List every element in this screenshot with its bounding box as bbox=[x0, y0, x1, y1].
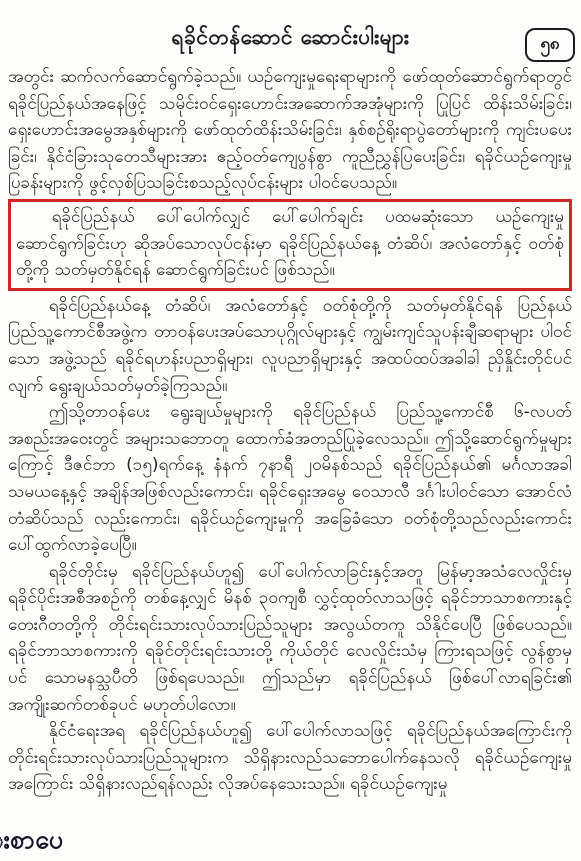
highlighted-paragraph: ရခိုင်ပြည်နယ် ပေါ်ပေါက်လျှင် ပေါ်ပေါက်ချ… bbox=[16, 204, 564, 284]
paragraph: ရခိုင်တိုင်းမှ ရခိုင်ပြည်နယ်ဟူ၍ ပေါ်ပေါက… bbox=[8, 559, 572, 719]
paragraph: နိုင်ငံရေးအရ ရခိုင်ပြည်နယ်ဟူ၍ ပေါ်ပေါက်လ… bbox=[8, 718, 572, 798]
page-title: ရခိုင်တန်ဆောင် ဆောင်းပါးများ bbox=[0, 24, 581, 55]
paragraph: ဤသို့တာဝန်ပေး ရွေးချယ်မှုများကို ရခိုင်ပ… bbox=[8, 399, 572, 559]
page-header: ရခိုင်တန်ဆောင် ဆောင်းပါးများ ၅၈ bbox=[0, 0, 581, 62]
red-highlight-box: ရခိုင်ပြည်နယ် ပေါ်ပေါက်လျှင် ပေါ်ပေါက်ချ… bbox=[8, 199, 572, 291]
paragraph-continuation: အတွင်း ဆက်လက်ဆောင်ရွက်ခဲ့သည်။ ယဉ်ကျေးမှု… bbox=[8, 64, 572, 197]
book-page: ရခိုင်တန်ဆောင် ဆောင်းပါးများ ၅၈ အတွင်း ဆ… bbox=[0, 0, 581, 861]
paragraph: ရခိုင်ပြည်နယ်နေ့ တံဆိပ်၊ အလံတော်နှင့် ဝတ… bbox=[8, 293, 572, 399]
body-text: အတွင်း ဆက်လက်ဆောင်ရွက်ခဲ့သည်။ ယဉ်ကျေးမှု… bbox=[0, 62, 581, 798]
page-number-badge: ၅၈ bbox=[525, 28, 575, 62]
publisher-watermark: းစာပေ bbox=[0, 824, 64, 861]
